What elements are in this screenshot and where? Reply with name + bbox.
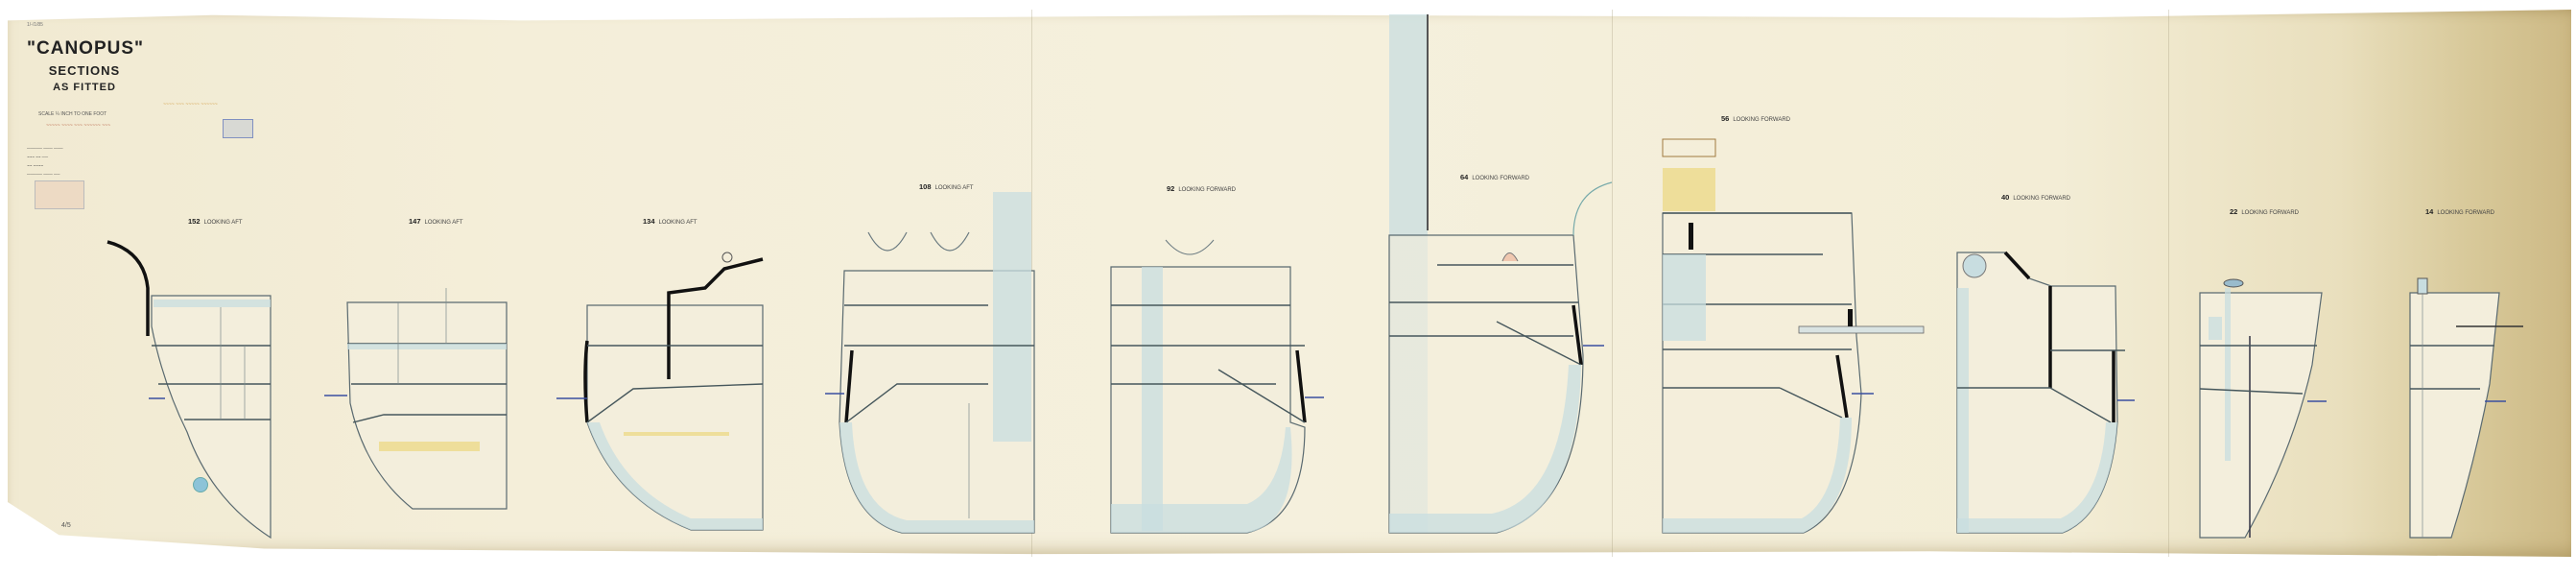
section-152 [107, 242, 271, 538]
section-147 [324, 288, 507, 509]
section-92 [1111, 240, 1324, 533]
section-40 [1957, 252, 2135, 533]
section-108 [825, 192, 1034, 533]
section-64 [1389, 14, 1612, 533]
sections-drawing [0, 0, 2576, 576]
section-14 [2410, 278, 2523, 538]
section-134 [556, 252, 763, 530]
section-22 [2200, 279, 2327, 538]
section-56 [1663, 139, 1924, 533]
